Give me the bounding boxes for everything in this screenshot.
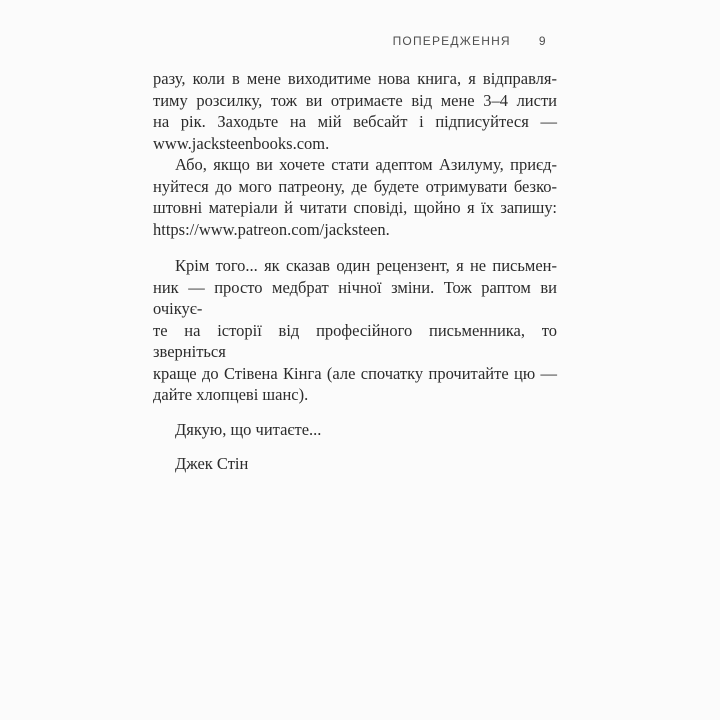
text-line: краще до Стівена Кінга (але спочатку про… bbox=[153, 363, 557, 385]
paragraph: Або, якщо ви хочете стати адептом Азилум… bbox=[153, 154, 557, 240]
paragraph: разу, коли в мене виходитиме нова книга,… bbox=[153, 68, 557, 154]
author-signature-paragraph: Джек Стін bbox=[153, 453, 557, 475]
website-url-line: www.jacksteenbooks.com. bbox=[153, 133, 557, 155]
text-line: разу, коли в мене виходитиме нова книга,… bbox=[153, 68, 557, 90]
text-line: ник — просто медбрат нічної зміни. Тож р… bbox=[153, 277, 557, 320]
text-line: дайте хлопцеві шанс). bbox=[153, 384, 557, 406]
closing-thanks-line: Дякую, що читаєте... bbox=[153, 419, 557, 441]
running-header: ПОПЕРЕДЖЕННЯ 9 bbox=[153, 34, 557, 48]
text-line: тиму розсилку, тож ви отримаєте від мене… bbox=[153, 90, 557, 112]
text-line: те на історії від професійного письменни… bbox=[153, 320, 557, 363]
running-head-title: ПОПЕРЕДЖЕННЯ bbox=[393, 34, 511, 48]
author-signature-line: Джек Стін bbox=[153, 453, 557, 475]
text-line: на рік. Заходьте на мій вебсайт і підпис… bbox=[153, 111, 557, 133]
text-line: Крім того... як сказав один рецензент, я… bbox=[153, 255, 557, 277]
running-head-page-number: 9 bbox=[539, 34, 546, 48]
text-line: нуйтеся до мого патреону, де будете отри… bbox=[153, 176, 557, 198]
text-line: Або, якщо ви хочете стати адептом Азилум… bbox=[153, 154, 557, 176]
body-text: разу, коли в мене виходитиме нова книга,… bbox=[153, 68, 557, 475]
book-page: ПОПЕРЕДЖЕННЯ 9 разу, коли в мене виходит… bbox=[0, 0, 720, 720]
patreon-url-line: https://www.patreon.com/jacksteen. bbox=[153, 219, 557, 241]
paragraph: Крім того... як сказав один рецензент, я… bbox=[153, 255, 557, 406]
closing-thanks-paragraph: Дякую, що читаєте... bbox=[153, 419, 557, 441]
text-line: штовні матеріали й читати сповіді, щойно… bbox=[153, 197, 557, 219]
